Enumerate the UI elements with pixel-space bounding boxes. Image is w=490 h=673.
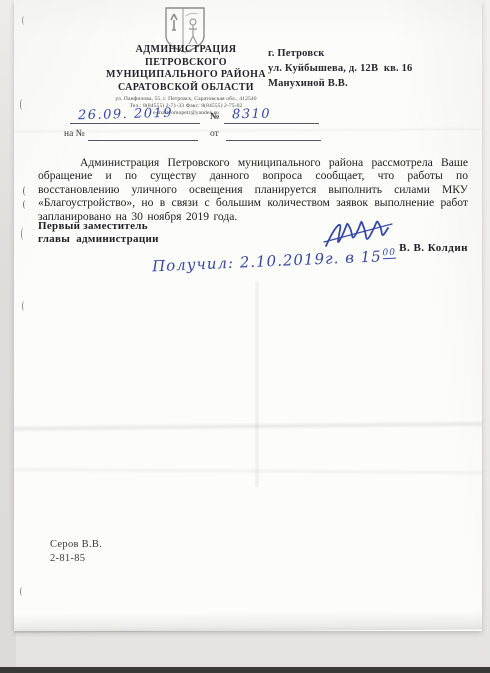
fold-crease	[254, 282, 260, 487]
reply-from-label: от	[210, 129, 219, 139]
handwritten-date: 26.09. 2019	[78, 106, 173, 123]
recipient-street: ул. Куйбышева, д. 12В кв. 16	[268, 61, 478, 76]
executor-name: Серов В.В.	[50, 538, 102, 552]
reply-to-label: на №	[64, 129, 85, 139]
number-underline	[224, 123, 319, 124]
number-label: №	[210, 112, 220, 122]
fold-crease	[14, 420, 482, 433]
letter-body-paragraph: Администрация Петровского муниципального…	[38, 156, 468, 223]
letterhead-address: ул. Панфилова, 55, г. Петровск, Саратовс…	[58, 96, 314, 103]
scan-artifact	[22, 16, 26, 25]
paper-bottom-edge-shadow	[14, 610, 482, 632]
scanned-letter-page: АДМИНИСТРАЦИЯ ПЕТРОВСКОГО МУНИЦИПАЛЬНОГО…	[14, 0, 482, 631]
scan-artifact	[21, 228, 25, 240]
fold-crease	[14, 466, 482, 475]
date-underline	[70, 123, 200, 124]
scan-artifact	[23, 200, 28, 209]
reply-number-underline	[88, 140, 198, 141]
scan-artifact	[20, 587, 24, 596]
executor-phone: 2-81-85	[50, 552, 102, 566]
received-note-text: Получил: 2.10.2019г. в 15	[152, 247, 382, 275]
executor-block: Серов В.В. 2-81-85	[50, 538, 102, 566]
handwritten-received-note: Получил: 2.10.2019г. в 1500	[152, 247, 397, 276]
scan-artifact	[23, 186, 28, 196]
signer-name: В. В. Колдин	[399, 242, 468, 254]
recipient-name: Манухиной В.В.	[268, 76, 478, 91]
reply-date-underline	[226, 140, 321, 141]
scanner-bottom-edge	[0, 667, 490, 673]
handwritten-outgoing-number: 8310	[232, 107, 271, 123]
received-note-time-superscript: 00	[382, 248, 396, 260]
scan-artifact	[20, 99, 24, 110]
recipient-city: г. Петровск	[268, 46, 478, 61]
reference-row-reply: на № от	[64, 128, 324, 144]
signature-block: Первый заместитель главы администрации В…	[38, 220, 468, 246]
scan-artifact	[22, 301, 26, 311]
reference-block: 26.09. 2019 № 8310 на № от	[64, 110, 324, 144]
signer-title-line: Первый заместитель	[38, 220, 468, 233]
recipient-block: г. Петровск ул. Куйбышева, д. 12В кв. 16…	[268, 46, 478, 91]
reference-row-date-number: 26.09. 2019 № 8310	[64, 110, 324, 128]
